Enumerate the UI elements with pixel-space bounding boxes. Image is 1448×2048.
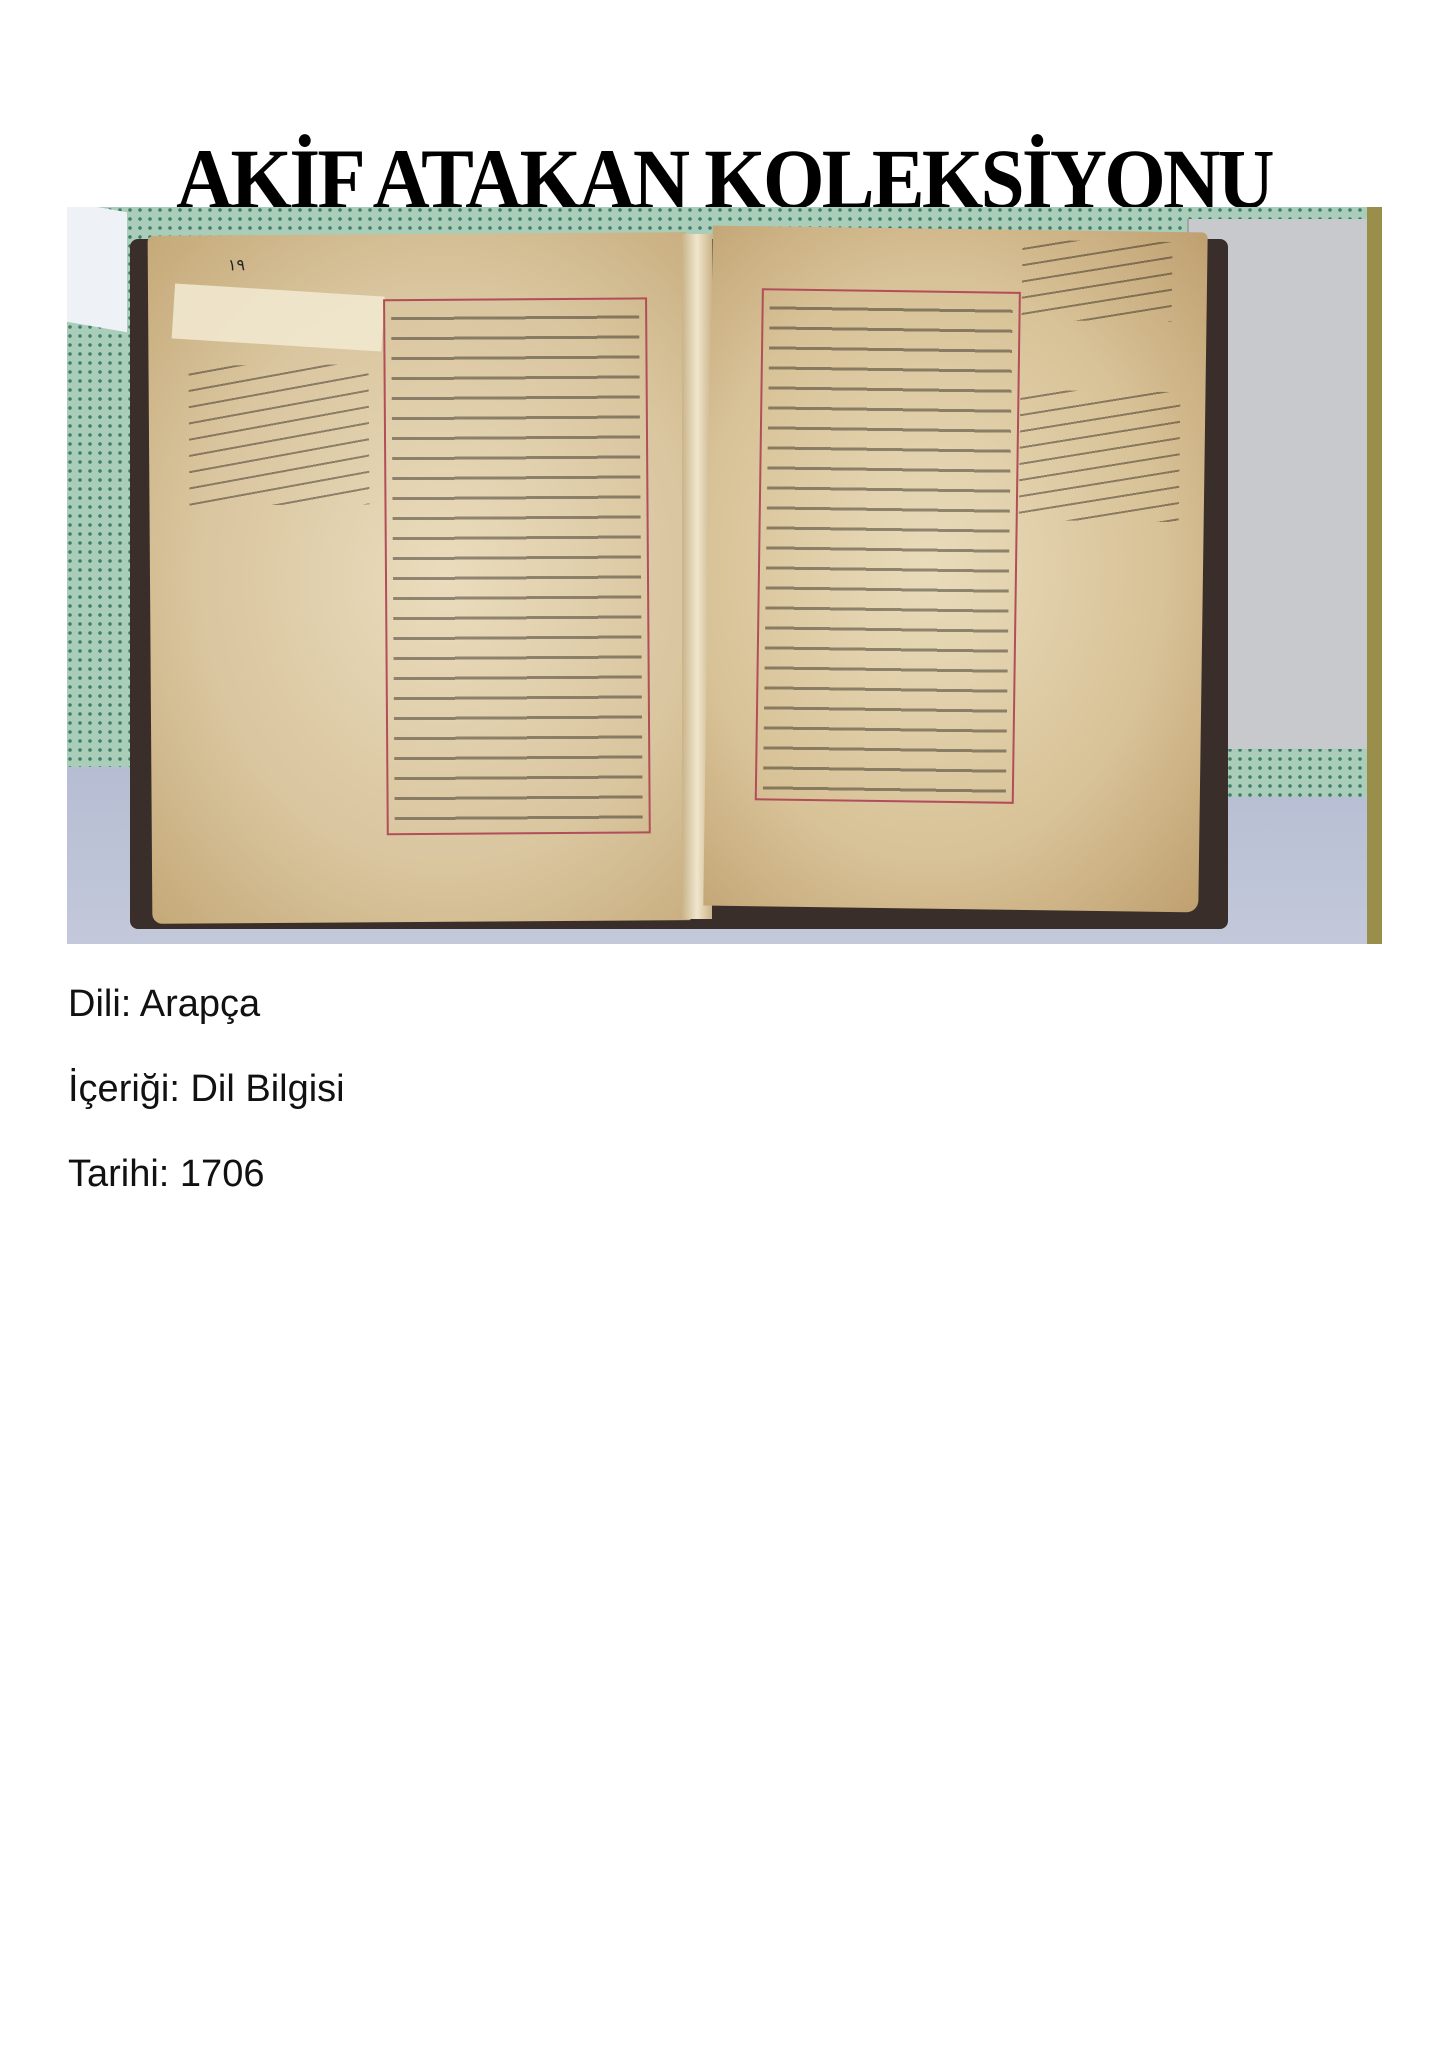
text-block-right	[755, 288, 1021, 804]
date-field: Tarihi: 1706	[68, 1155, 264, 1193]
marginal-notes-top	[1021, 240, 1172, 322]
repair-tape	[172, 283, 385, 351]
content-field: İçeriği: Dil Bilgisi	[68, 1070, 345, 1108]
marginal-notes	[189, 364, 370, 505]
open-book: ١٩	[130, 229, 1230, 929]
paper-sheet	[67, 207, 127, 332]
handwritten-lines	[763, 296, 1013, 795]
right-page	[703, 226, 1207, 913]
handwritten-lines	[391, 305, 643, 827]
left-page: ١٩	[148, 232, 691, 924]
language-field: Dili: Arapça	[68, 985, 260, 1023]
marginal-notes-side	[1019, 390, 1181, 522]
manuscript-photo: ١٩	[67, 207, 1382, 944]
board-edge	[1367, 207, 1382, 944]
text-block-left	[383, 297, 651, 835]
page-number: ١٩	[228, 255, 245, 274]
